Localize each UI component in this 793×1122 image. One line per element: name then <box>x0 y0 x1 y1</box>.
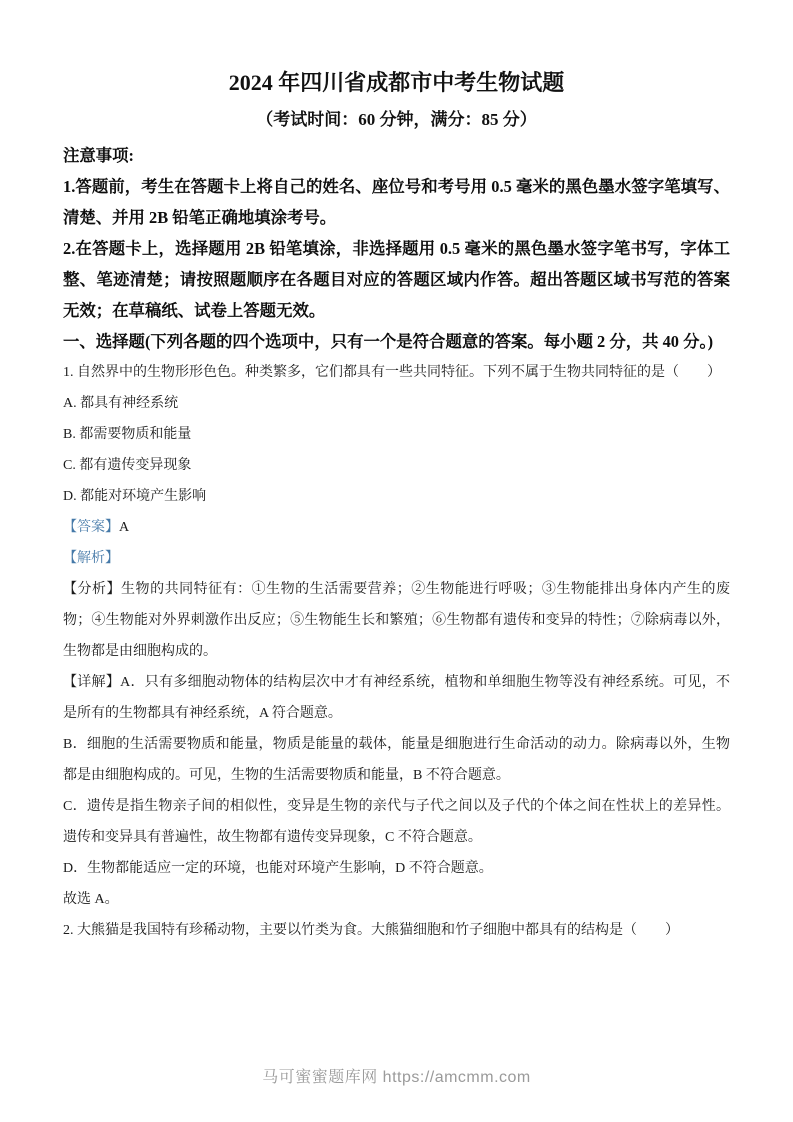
watermark-text: 马可蜜蜜题库网 https://amcmm.com <box>262 1069 531 1086</box>
exam-time-score-info: （考试时间：60 分钟，满分：85 分） <box>63 108 730 132</box>
question-1-detail-a: 【详解】A．只有多细胞动物体的结构层次中才有神经系统，植物和单细胞生物等没有神经… <box>63 667 730 729</box>
question-1-option-a: A. 都具有神经系统 <box>63 388 730 419</box>
question-1-detail-d: D．生物都能适应一定的环境，也能对环境产生影响，D 不符合题意。 <box>63 853 730 884</box>
notice-item-2: 2.在答题卡上，选择题用 2B 铅笔填涂，非选择题用 0.5 毫米的黑色墨水签字… <box>63 233 730 326</box>
question-1-option-d: D. 都能对环境产生影响 <box>63 481 730 512</box>
question-1-detail-c: C．遗传是指生物亲子间的相似性，变异是生物的亲代与子代之间以及子代的个体之间在性… <box>63 791 730 853</box>
answer-label: 【答案】 <box>63 520 119 535</box>
question-1-stem: 1. 自然界中的生物形形色色。种类繁多，它们都具有一些共同特征。下列不属于生物共… <box>63 357 730 388</box>
question-1-answer-line: 【答案】A <box>63 512 730 543</box>
page-title: 2024 年四川省成都市中考生物试题 <box>63 68 730 98</box>
question-2-stem: 2. 大熊猫是我国特有珍稀动物，主要以竹类为食。大熊猫细胞和竹子细胞中都具有的结… <box>63 915 730 946</box>
exam-body: 注意事项: 1.答题前，考生在答题卡上将自己的姓名、座位号和考号用 0.5 毫米… <box>63 140 730 946</box>
question-1-analysis-heading: 【解析】 <box>63 543 730 574</box>
question-1-conclusion: 故选 A。 <box>63 884 730 915</box>
question-1-option-b: B. 都需要物质和能量 <box>63 419 730 450</box>
notice-item-1: 1.答题前，考生在答题卡上将自己的姓名、座位号和考号用 0.5 毫米的黑色墨水签… <box>63 171 730 233</box>
question-1-detail-b: B．细胞的生活需要物质和能量，物质是能量的载体，能量是细胞进行生命活动的动力。除… <box>63 729 730 791</box>
notice-heading: 注意事项: <box>63 140 730 171</box>
analysis-label: 【解析】 <box>63 551 119 566</box>
section-heading-multiple-choice: 一、选择题(下列各题的四个选项中，只有一个是符合题意的答案。每小题 2 分，共 … <box>63 326 730 357</box>
question-1-option-c: C. 都有遗传变异现象 <box>63 450 730 481</box>
exam-document-page: 2024 年四川省成都市中考生物试题 （考试时间：60 分钟，满分：85 分） … <box>0 0 793 1122</box>
answer-value: A <box>119 520 129 535</box>
watermark-footer: 马可蜜蜜题库网 https://amcmm.com <box>0 1064 793 1087</box>
question-1-analysis-text: 【分析】生物的共同特征有：①生物的生活需要营养；②生物能进行呼吸；③生物能排出身… <box>63 574 730 667</box>
